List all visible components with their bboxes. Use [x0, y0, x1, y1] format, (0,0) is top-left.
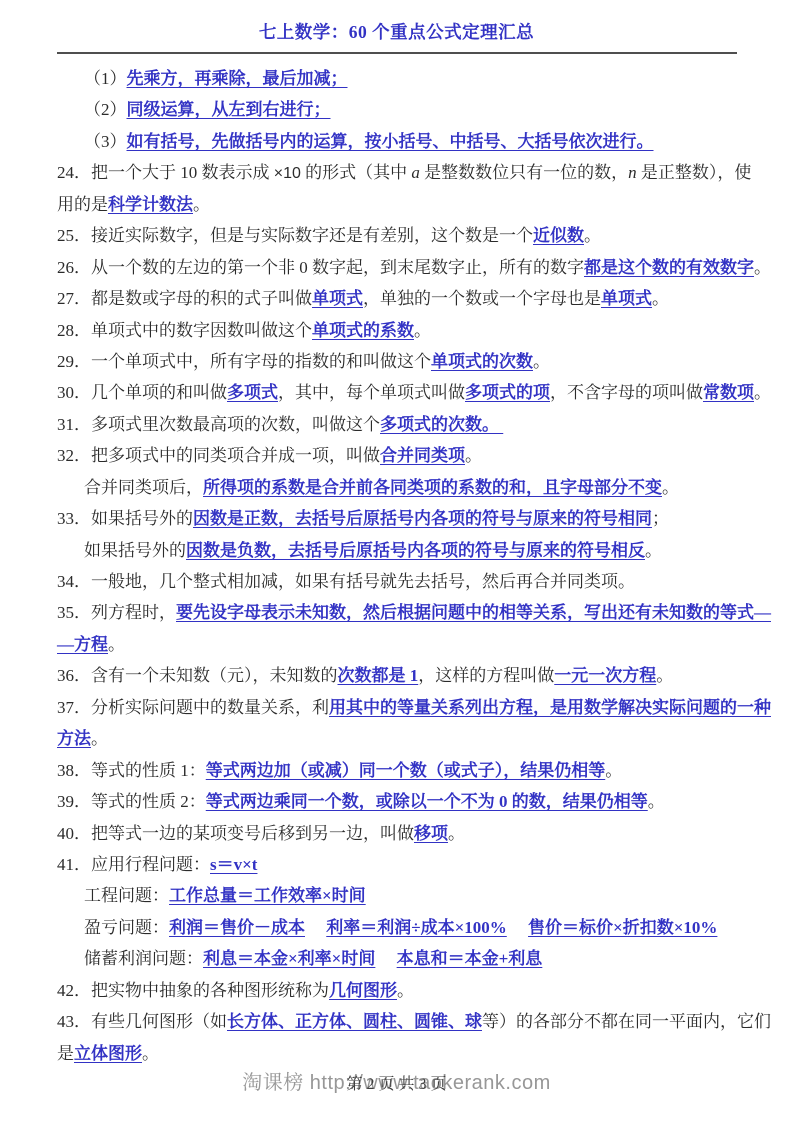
doc-line: 盈亏问题：利润＝售价－成本 利率＝利润÷成本×100% 售价＝标价×折扣数×10…: [57, 912, 773, 943]
term-highlight: 因数是负数，去括号后原括号内各项的符号与原来的符号相反: [186, 541, 645, 560]
term-highlight: 多项式: [227, 383, 278, 402]
text-segment: [305, 918, 326, 937]
text-segment: 是: [57, 1044, 74, 1063]
term-highlight: s＝v×t: [210, 855, 257, 874]
text-segment: 。: [754, 383, 771, 402]
doc-line: 37．分析实际问题中的数量关系，利用其中的等量关系列出方程，是用数学解决实际问题…: [57, 692, 773, 723]
text-segment: 34．一般地，几个整式相加减，如果有括号就先去括号，然后再合并同类项。: [57, 572, 635, 591]
term-highlight: 都是这个数的有效数字: [584, 258, 754, 277]
text-segment: （3）: [84, 132, 127, 151]
term-highlight: 所得项的系数是合并前各同类项的系数的和，且字母部分不变: [203, 478, 662, 497]
term-highlight: 因数是正数，去括号后原括号内各项的符号与原来的符号相同: [193, 509, 652, 528]
document-body: （1）先乘方，再乘除，最后加减；（2）同级运算，从左到右进行；（3）如有括号，先…: [0, 63, 793, 1069]
text-segment: 等）的各部分不都在同一平面内，它们: [482, 1012, 771, 1031]
text-segment: 40．把等式一边的某项变号后移到另一边，叫做: [57, 824, 414, 843]
doc-line: 32．把多项式中的同类项合并成一项，叫做合并同类项。: [57, 440, 773, 471]
term-highlight: 用其中的等量关系列出方程，是用数学解决实际问题的一种: [329, 698, 771, 717]
doc-line: 工程问题：工作总量＝工作效率×时间: [57, 880, 773, 911]
text-segment: 。: [193, 195, 210, 214]
term-highlight: 多项式的次数。: [380, 415, 503, 434]
text-segment: ；: [652, 509, 669, 528]
text-segment: 。: [754, 258, 771, 277]
text-segment: 是整数数位只有一位的数，: [420, 163, 628, 182]
text-segment: 30．几个单项的和叫做: [57, 383, 227, 402]
text-segment: 43．有些几何图形（如: [57, 1012, 227, 1031]
doc-line: 38．等式的性质 1：等式两边加（或减）同一个数（或式子），结果仍相等。: [57, 755, 773, 786]
doc-line: （3）如有括号，先做括号内的运算，按小括号、中括号、大括号依次进行。: [57, 126, 773, 157]
doc-line: （1）先乘方，再乘除，最后加减；: [57, 63, 773, 94]
text-segment: 是正整数），使: [637, 163, 752, 182]
text-segment: 。: [108, 635, 125, 654]
page-title: 七上数学：60 个重点公式定理汇总: [0, 0, 793, 44]
text-segment: 。: [652, 289, 669, 308]
text-segment: 。: [584, 226, 601, 245]
term-highlight: 次数都是 1: [338, 666, 419, 685]
text-segment: 28．单项式中的数字因数叫做这个: [57, 321, 312, 340]
doc-line: 40．把等式一边的某项变号后移到另一边，叫做移项。: [57, 818, 773, 849]
doc-line: 36．含有一个未知数（元），未知数的次数都是 1，这样的方程叫做一元一次方程。: [57, 660, 773, 691]
doc-line: 25．接近实际数字，但是与实际数字还是有差别，这个数是一个近似数。: [57, 220, 773, 251]
text-segment: 。: [662, 478, 679, 497]
term-highlight: 单项式: [312, 289, 363, 308]
term-highlight: 几何图形: [329, 981, 397, 1000]
doc-line: 35．列方程时，要先设字母表示未知数，然后根据问题中的相等关系，写出还有未知数的…: [57, 597, 773, 628]
text-segment: 25．接近实际数字，但是与实际数字还是有差别，这个数是一个: [57, 226, 533, 245]
text-segment: 盈亏问题：: [84, 918, 169, 937]
text-segment: 的形式（其中: [301, 163, 412, 182]
text-segment: 26．从一个数的左边的第一个非 0 数字起，到末尾数字止，所有的数字: [57, 258, 584, 277]
text-segment: 。: [397, 981, 414, 1000]
term-highlight: 先乘方，再乘除，最后加减；: [127, 69, 348, 88]
text-segment: 35．列方程时，: [57, 603, 176, 622]
term-highlight: —方程: [57, 635, 108, 654]
text-segment: [507, 918, 528, 937]
term-highlight: 售价＝标价×折扣数×10%: [528, 918, 717, 937]
text-segment: 24．把一个大于 10 数表示成: [57, 163, 274, 182]
term-highlight: 近似数: [533, 226, 584, 245]
doc-line: 42．把实物中抽象的各种图形统称为几何图形。: [57, 975, 773, 1006]
term-highlight: 立体图形: [74, 1044, 142, 1063]
doc-line: 39．等式的性质 2：等式两边乘同一个数，或除以一个不为 0 的数，结果仍相等。: [57, 786, 773, 817]
term-highlight: 方法: [57, 729, 91, 748]
term-highlight: 移项: [414, 824, 448, 843]
text-segment: 。: [605, 761, 622, 780]
text-segment: 37．分析实际问题中的数量关系，利: [57, 698, 329, 717]
text-segment: a: [411, 163, 420, 182]
text-segment: 27．都是数或字母的积的式子叫做: [57, 289, 312, 308]
text-segment: （1）: [84, 69, 127, 88]
term-highlight: 利率＝利润÷成本×100%: [326, 918, 507, 937]
text-segment: 32．把多项式中的同类项合并成一项，叫做: [57, 446, 380, 465]
text-segment: [375, 949, 396, 968]
term-highlight: 合并同类项: [380, 446, 465, 465]
term-highlight: 如有括号，先做括号内的运算，按小括号、中括号、大括号依次进行。: [127, 132, 654, 151]
doc-line: 43．有些几何图形（如长方体、正方体、圆柱、圆锥、球等）的各部分不都在同一平面内…: [57, 1006, 773, 1037]
doc-line: 34．一般地，几个整式相加减，如果有括号就先去括号，然后再合并同类项。: [57, 566, 773, 597]
term-highlight: 利息＝本金×利率×时间: [203, 949, 375, 968]
term-highlight: 科学计数法: [108, 195, 193, 214]
text-segment: 41．应用行程问题：: [57, 855, 210, 874]
text-segment: 38．等式的性质 1：: [57, 761, 206, 780]
text-segment: 39．等式的性质 2：: [57, 792, 206, 811]
text-segment: 。: [533, 352, 550, 371]
text-segment: ，其中，每个单项式叫做: [278, 383, 465, 402]
text-segment: 如果括号外的: [84, 541, 186, 560]
header-rule: [57, 52, 737, 54]
term-highlight: 单项式的系数: [312, 321, 414, 340]
doc-line: 储蓄利润问题：利息＝本金×利率×时间 本息和＝本金+利息: [57, 943, 773, 974]
text-segment: 。: [465, 446, 482, 465]
text-segment: 29．一个单项式中，所有字母的指数的和叫做这个: [57, 352, 431, 371]
term-highlight: 要先设字母表示未知数，然后根据问题中的相等关系，写出还有未知数的等式—: [176, 603, 771, 622]
doc-line: 方法。: [57, 723, 773, 754]
doc-line: 合并同类项后，所得项的系数是合并前各同类项的系数的和，且字母部分不变。: [57, 472, 773, 503]
term-highlight: 长方体、正方体、圆柱、圆锥、球: [227, 1012, 482, 1031]
text-segment: 。: [142, 1044, 159, 1063]
doc-line: 28．单项式中的数字因数叫做这个单项式的系数。: [57, 315, 773, 346]
text-segment: 31．多项式里次数最高项的次数，叫做这个: [57, 415, 380, 434]
term-highlight: 多项式的项: [465, 383, 550, 402]
doc-line: 27．都是数或字母的积的式子叫做单项式，单独的一个数或一个字母也是单项式。: [57, 283, 773, 314]
page-number: 第 2 页 共 3 页: [0, 1071, 793, 1094]
doc-line: （2）同级运算，从左到右进行；: [57, 94, 773, 125]
text-segment: 用的是: [57, 195, 108, 214]
text-segment: 合并同类项后，: [84, 478, 203, 497]
text-segment: 33．如果括号外的: [57, 509, 193, 528]
text-segment: ，单独的一个数或一个字母也是: [363, 289, 601, 308]
text-segment: 。: [656, 666, 673, 685]
doc-line: 如果括号外的因数是负数，去括号后原括号内各项的符号与原来的符号相反。: [57, 535, 773, 566]
text-segment: 。: [414, 321, 431, 340]
text-segment: 。: [91, 729, 108, 748]
term-highlight: 利润＝售价－成本: [169, 918, 305, 937]
term-highlight: 本息和＝本金+利息: [397, 949, 543, 968]
text-segment: 储蓄利润问题：: [84, 949, 203, 968]
doc-line: —方程。: [57, 629, 773, 660]
doc-line: 30．几个单项的和叫做多项式，其中，每个单项式叫做多项式的项，不含字母的项叫做常…: [57, 377, 773, 408]
doc-line: 用的是科学计数法。: [57, 189, 773, 220]
term-highlight: 工作总量＝工作效率×时间: [169, 886, 366, 905]
text-segment: 。: [648, 792, 665, 811]
document-page: 七上数学：60 个重点公式定理汇总 （1）先乘方，再乘除，最后加减；（2）同级运…: [0, 0, 793, 1122]
term-highlight: 单项式的次数: [431, 352, 533, 371]
doc-line: 26．从一个数的左边的第一个非 0 数字起，到末尾数字止，所有的数字都是这个数的…: [57, 252, 773, 283]
text-segment: 。: [448, 824, 465, 843]
term-highlight: 常数项: [703, 383, 754, 402]
text-segment: （2）: [84, 100, 127, 119]
text-segment: ，这样的方程叫做: [418, 666, 554, 685]
text-segment: ×10: [274, 165, 301, 182]
doc-line: 是立体图形。: [57, 1038, 773, 1069]
term-highlight: 等式两边加（或减）同一个数（或式子），结果仍相等: [206, 761, 606, 780]
doc-line: 41．应用行程问题：s＝v×t: [57, 849, 773, 880]
doc-line: 31．多项式里次数最高项的次数，叫做这个多项式的次数。: [57, 409, 773, 440]
text-segment: 。: [645, 541, 662, 560]
text-segment: ，不含字母的项叫做: [550, 383, 703, 402]
text-segment: 工程问题：: [84, 886, 169, 905]
doc-line: 33．如果括号外的因数是正数，去括号后原括号内各项的符号与原来的符号相同；: [57, 503, 773, 534]
term-highlight: 同级运算，从左到右进行；: [127, 100, 331, 119]
term-highlight: 一元一次方程: [554, 666, 656, 685]
text-segment: 36．含有一个未知数（元），未知数的: [57, 666, 338, 685]
term-highlight: 单项式: [601, 289, 652, 308]
text-segment: 42．把实物中抽象的各种图形统称为: [57, 981, 329, 1000]
doc-line: 29．一个单项式中，所有字母的指数的和叫做这个单项式的次数。: [57, 346, 773, 377]
term-highlight: 等式两边乘同一个数，或除以一个不为 0 的数，结果仍相等: [206, 792, 648, 811]
doc-line: 24．把一个大于 10 数表示成 ×10 的形式（其中 a 是整数数位只有一位的…: [57, 157, 773, 188]
text-segment: n: [628, 163, 637, 182]
